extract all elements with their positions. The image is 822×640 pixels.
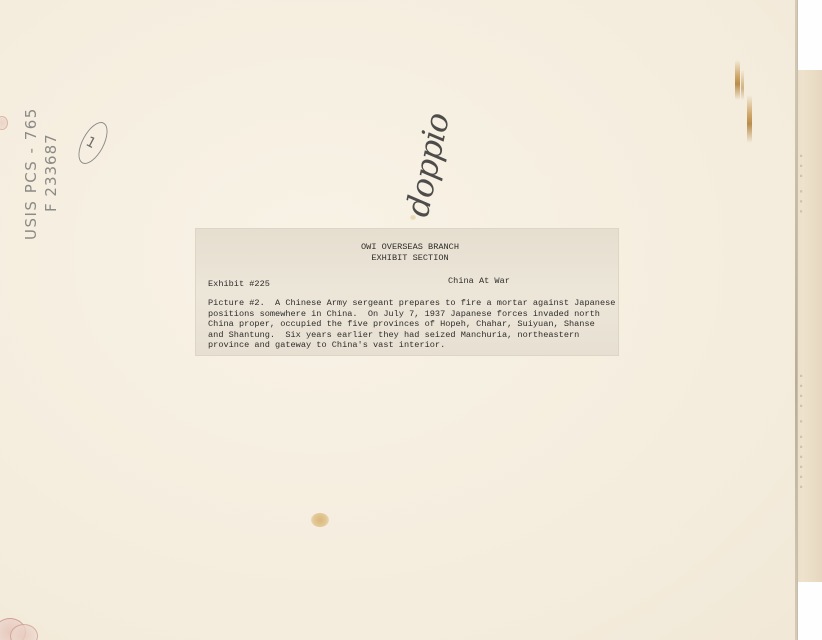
circled-mark-text: 1: [78, 131, 103, 155]
caption-line: province and gateway to China's vast int…: [208, 340, 612, 351]
stain-pink: [10, 624, 38, 640]
stain-pink: [0, 116, 8, 130]
caption-line: China proper, occupied the five province…: [208, 319, 612, 330]
catalog-number-annotation: F 233687: [42, 133, 60, 212]
header-line-1: OWI OVERSEAS BRANCH: [196, 242, 618, 253]
series-title: China At War: [448, 276, 510, 287]
caption-body: Picture #2. A Chinese Army sergeant prep…: [208, 298, 612, 351]
stain-spot: [311, 513, 329, 527]
caption-line: positions somewhere in China. On July 7,…: [208, 309, 612, 320]
circled-mark: 1: [72, 118, 113, 169]
ghost-text-bottom: ▪▪▪▪▪▪ ▪ ▪▪▪▪: [796, 370, 810, 491]
label-header: OWI OVERSEAS BRANCH EXHIBIT SECTION: [196, 242, 618, 263]
caption-line: and Shantung. Six years earlier they had…: [208, 330, 612, 341]
caption-label: OWI OVERSEAS BRANCH EXHIBIT SECTION Exhi…: [196, 229, 618, 355]
header-line-2: EXHIBIT SECTION: [196, 253, 618, 264]
photo-back-sheet: F 233687 USIS PCS - 765 1 doppio OWI OVE…: [0, 0, 797, 640]
caption-line: Picture #2. A Chinese Army sergeant prep…: [208, 298, 612, 309]
ghost-text-top: ▪▪▪ ▪▪▪: [796, 150, 810, 215]
stain-streak: [741, 70, 744, 100]
handwritten-signature: doppio: [398, 110, 457, 220]
exhibit-number: Exhibit #225: [208, 279, 270, 290]
usis-reference-annotation: USIS PCS - 765: [22, 107, 40, 240]
stain-streak: [747, 95, 752, 143]
stain-streak: [735, 60, 740, 100]
